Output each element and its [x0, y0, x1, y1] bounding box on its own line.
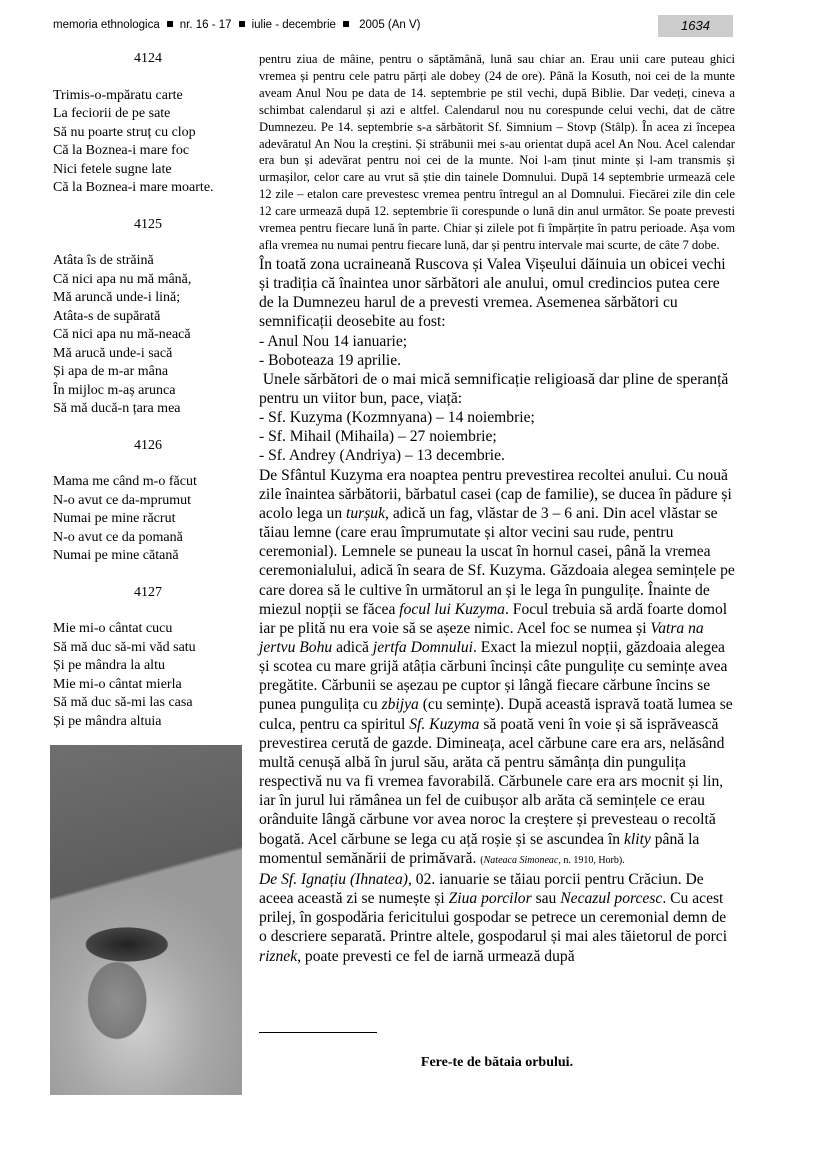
informant-citation: (Nateaca Simoneac, n. 1910, Horb). [480, 855, 624, 866]
poem-line: Să mă duc să-mi văd satu [53, 639, 243, 658]
term: Ziua porcilor [449, 890, 532, 907]
poem: Mie mi-o cântat cucu Să mă duc să-mi văd… [53, 620, 243, 731]
poem-line: Să mă ducă-n țara mea [53, 400, 243, 419]
poem-line: Trimis-o-mpăratu carte [53, 87, 243, 106]
poem-line: Că la Boznea-i mare foc [53, 142, 243, 161]
article-body: În toată zona ucraineană Ruscova și Vale… [259, 255, 735, 966]
poem-line: Numai pe mine răcrut [53, 510, 243, 529]
poem-number: 4127 [53, 584, 243, 603]
page-number: 1634 [658, 15, 733, 37]
intro-paragraph: pentru ziua de mâine, pentru o săptămână… [259, 51, 735, 254]
journal-info: memoria ethnologicanr. 16 - 17iulie - de… [53, 19, 421, 31]
poem-line: Atâta-s de supărată [53, 308, 243, 327]
poem-line: Că nici apa nu mă mână, [53, 271, 243, 290]
term: riznek [259, 948, 297, 965]
paragraph-customs: În toată zona ucraineană Ruscova și Vale… [259, 255, 735, 332]
term: jertfa Domnului [373, 639, 473, 656]
poem-number: 4126 [53, 437, 243, 456]
poem-number: 4125 [53, 216, 243, 235]
footer-proverb: Fere-te de bătaia orbului. [259, 1055, 735, 1071]
paragraph-kuzyma: De Sfântul Kuzyma era noaptea pentru pre… [259, 466, 735, 870]
paragraph-minor-feasts: Unele sărbători de o mai mică semnificaț… [259, 370, 735, 408]
term: turșuk [346, 505, 385, 522]
square-bullet-icon [239, 21, 245, 27]
poem-line: Mă arucă unde-i sacă [53, 345, 243, 364]
term: De Sf. Ignațiu (Ihnatea) [259, 871, 408, 888]
text: adică [332, 639, 373, 656]
square-bullet-icon [167, 21, 173, 27]
poem-line: La feciorii de pe sate [53, 105, 243, 124]
poem-line: În mijloc m-aș arunca [53, 382, 243, 401]
term: focul lui Kuzyma [399, 601, 505, 618]
poem-line: Mie mi-o cântat cucu [53, 620, 243, 639]
poem-number: 4124 [53, 50, 243, 69]
issue-period: iulie - decembrie [252, 19, 336, 31]
poem-line: Să mă duc să-mi las casa [53, 694, 243, 713]
list-item-feast: - Sf. Andrey (Andriya) – 13 decembrie. [259, 446, 735, 465]
journal-title: memoria ethnologica [53, 19, 160, 31]
square-bullet-icon [343, 21, 349, 27]
paragraph-ignatiu: De Sf. Ignațiu (Ihnatea), 02. ianuarie s… [259, 870, 735, 966]
issue-year: 2005 (An V) [359, 19, 420, 31]
poems-column: 4124 Trimis-o-mpăratu carte La feciorii … [53, 50, 243, 749]
term: klity [624, 831, 651, 848]
list-item-feast: - Boboteaza 19 aprilie. [259, 351, 735, 370]
poem-line: Că nici apa nu mă-neacă [53, 326, 243, 345]
term: Necazul porcesc [560, 890, 662, 907]
poem-line: Nici fetele sugne late [53, 161, 243, 180]
poem: Mama me când m-o făcut N-o avut ce da-mp… [53, 473, 243, 566]
poem-line: Să nu poarte struț cu clop [53, 124, 243, 143]
poem: Atâta îs de străină Că nici apa nu mă mâ… [53, 252, 243, 419]
issue-number: nr. 16 - 17 [180, 19, 232, 31]
informant-name: Nateaca Simoneac [484, 855, 559, 866]
poem-line: N-o avut ce da pomană [53, 529, 243, 548]
list-item-feast: - Anul Nou 14 ianuarie; [259, 332, 735, 351]
list-item-feast: - Sf. Kuzyma (Kozmnyana) – 14 noiembrie; [259, 408, 735, 427]
footnote-divider [259, 1032, 377, 1033]
list-item-feast: - Sf. Mihail (Mihaila) – 27 noiembrie; [259, 427, 735, 446]
text: , poate prevesti ce fel de iarnă urmează… [297, 948, 575, 965]
poem-line: Mie mi-o cântat mierla [53, 676, 243, 695]
poem-line: Mă aruncă unde-i lină; [53, 289, 243, 308]
text: să poată veni în voie și să isprăvească … [259, 716, 724, 848]
text: sau [532, 890, 561, 907]
mask-photo [50, 745, 242, 1095]
poem: Trimis-o-mpăratu carte La feciorii de pe… [53, 87, 243, 198]
poem-line: Atâta îs de străină [53, 252, 243, 271]
term: Sf. Kuzyma [409, 716, 479, 733]
poem-line: Și pe mândra altuia [53, 713, 243, 732]
article-column: pentru ziua de mâine, pentru o săptămână… [259, 51, 735, 966]
text: , n. 1910, Horb). [558, 855, 624, 866]
poem-line: N-o avut ce da-mprumut [53, 492, 243, 511]
term: zbijya [382, 696, 419, 713]
poem-line: Și pe mândra la altu [53, 657, 243, 676]
poem-line: Că la Boznea-i mare moarte. [53, 179, 243, 198]
poem-line: Și apa de m-ar mâna [53, 363, 243, 382]
poem-line: Numai pe mine cătană [53, 547, 243, 566]
poem-line: Mama me când m-o făcut [53, 473, 243, 492]
running-header: memoria ethnologicanr. 16 - 17iulie - de… [53, 15, 733, 37]
